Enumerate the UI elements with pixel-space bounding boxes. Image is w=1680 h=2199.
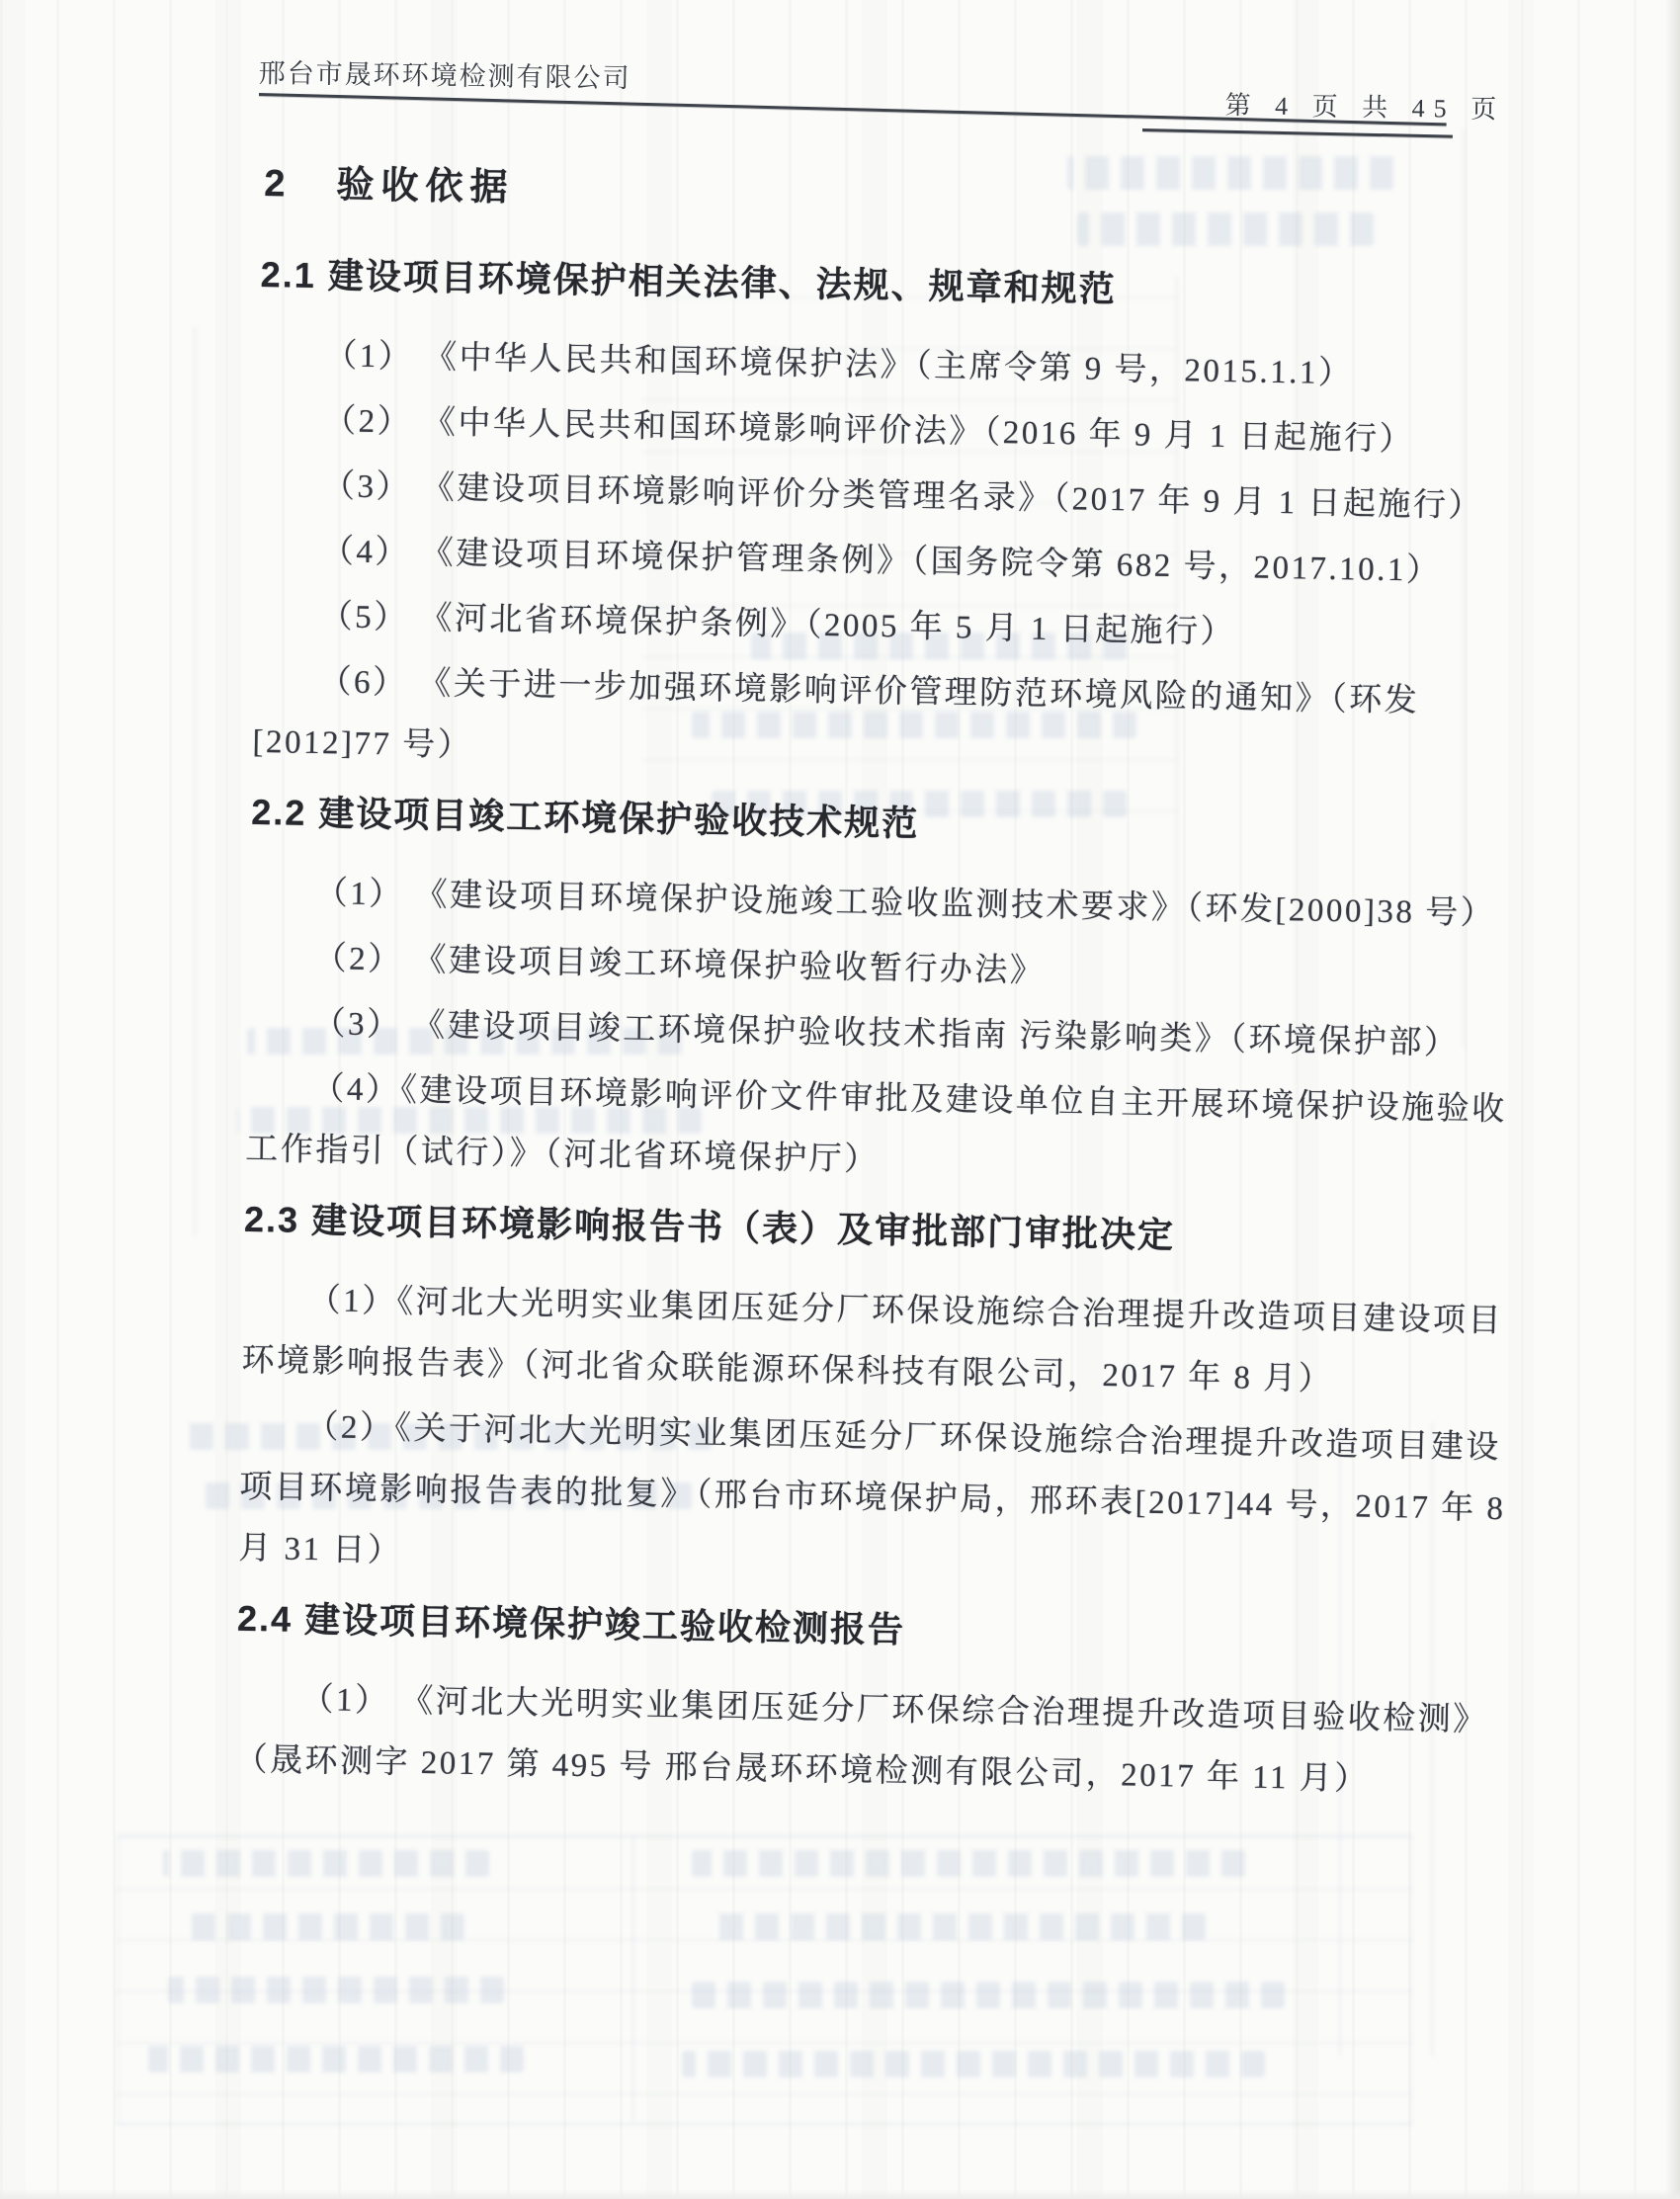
list-item-2-4-1: （1） 《河北大光明实业集团压延分厂环保综合治理提升改造项目验收检测》（晟环测字… bbox=[234, 1668, 1523, 1814]
company-name: 邢台市晟环环境检测有限公司 bbox=[258, 51, 631, 95]
page-number: 第 4 页 共 45 页 bbox=[1224, 85, 1505, 126]
list-item-2-2-4: （4）《建设项目环境影响评价文件审批及建设单位自主开展环境保护设施验收工作指引（… bbox=[245, 1057, 1534, 1203]
list-item-2-3-1: （1）《河北大光明实业集团压延分厂环保设施综合治理提升改造项目建设项目环境影响报… bbox=[241, 1269, 1530, 1414]
section-2-1-heading: 2.1 建设项目环境保护相关法律、法规、规章和规范 bbox=[260, 251, 1548, 321]
bleedthrough-text bbox=[692, 1850, 1245, 1877]
page-edge-shadow bbox=[1665, 0, 1680, 2199]
bleedthrough-text bbox=[188, 1913, 464, 1940]
bleedthrough-table bbox=[117, 1834, 1412, 2125]
page-number-rule bbox=[1142, 128, 1453, 138]
bleedthrough-line bbox=[632, 1834, 634, 2121]
bleedthrough-text bbox=[712, 1913, 1206, 1940]
bleedthrough-line bbox=[194, 326, 196, 1235]
list-item-2-1-6: （6） 《关于进一步加强环境影响评价管理防范环境风险的通知》（环发[2012]7… bbox=[252, 650, 1541, 796]
section-2-3-heading: 2.3 建设项目环境影响报告书（表）及审批部门审批决定 bbox=[244, 1196, 1532, 1266]
bleedthrough-text bbox=[148, 2046, 524, 2072]
bleedthrough-text bbox=[168, 1977, 504, 2003]
document-body: 2 验收依据 2.1 建设项目环境保护相关法律、法规、规章和规范 （1） 《中华… bbox=[234, 148, 1550, 1817]
section-2-4-heading: 2.4 建设项目环境保护竣工验收检测报告 bbox=[237, 1595, 1525, 1665]
page-edge-shadow bbox=[0, 2189, 1680, 2199]
section-2-heading: 2 验收依据 bbox=[264, 160, 1550, 230]
bleedthrough-text bbox=[682, 2051, 1265, 2077]
bleedthrough-text bbox=[163, 1850, 489, 1877]
list-item-2-3-2: （2）《关于河北大光明实业集团压延分厂环保设施综合治理提升改造项目建设项目环境影… bbox=[238, 1396, 1528, 1602]
section-2-2-heading: 2.2 建设项目竣工环境保护验收技术规范 bbox=[251, 789, 1539, 859]
bleedthrough-text bbox=[692, 1982, 1285, 2008]
scanned-document-page: 邢台市晟环环境检测有限公司 第 4 页 共 45 页 2 验收依据 2.1 建设… bbox=[0, 0, 1680, 2199]
